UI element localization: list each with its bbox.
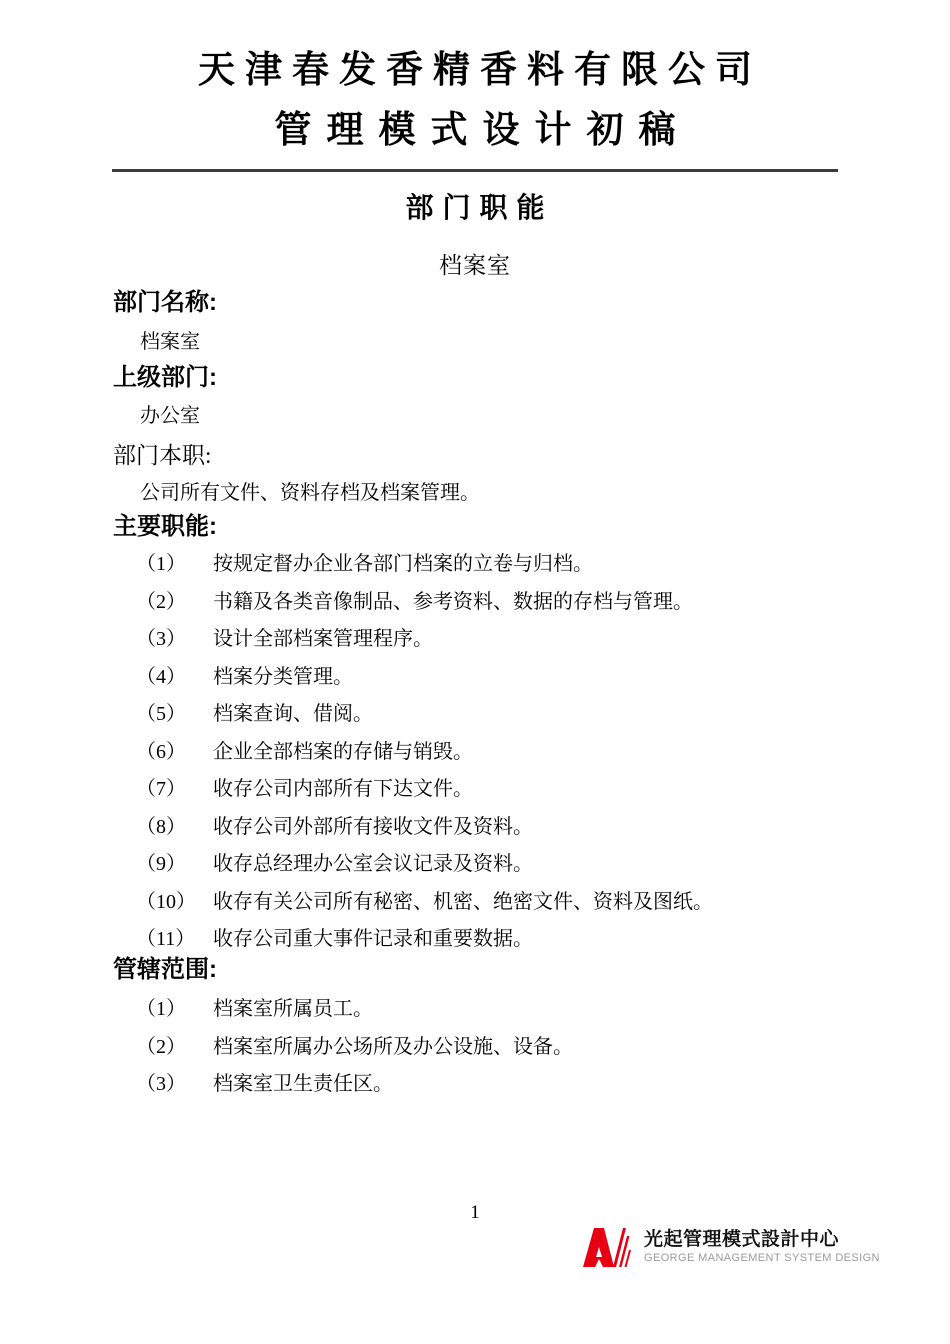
list-item-number: （1） [136,552,186,576]
duty-list-item: （7） 收存公司内部所有下达文件。 [136,777,856,815]
list-item-text: 书籍及各类音像制品、参考资料、数据的存档与管理。 [136,590,856,614]
company-logo: 光起管理模式設計中心 GEORGE MANAGEMENT SYSTEM DESI… [583,1227,880,1267]
list-item-text: 档案室所属员工。 [136,997,856,1021]
list-item-number: （3） [136,1072,186,1096]
list-item-number: （6） [136,740,186,764]
duty-list-item: （1） 按规定督办企业各部门档案的立卷与归档。 [136,552,856,590]
duty-list-item: （3） 设计全部档案管理程序。 [136,627,856,665]
duties-heading: 主要职能: [113,513,217,541]
duty-list-item: （10） 收存有关公司所有秘密、机密、绝密文件、资料及图纸。 [136,890,856,928]
list-item-text: 收存总经理办公室会议记录及资料。 [136,852,856,876]
list-item-text: 按规定督办企业各部门档案的立卷与归档。 [136,552,856,576]
duty-list-item: （5） 档案查询、借阅。 [136,702,856,740]
field-value-department-name: 档案室 [140,330,200,354]
duty-list-item: （6） 企业全部档案的存储与销毁。 [136,740,856,778]
section-title: 部门职能 [0,194,950,224]
duties-list: （1） 按规定督办企业各部门档案的立卷与归档。 （2） 书籍及各类音像制品、参考… [136,552,856,965]
list-item-number: （11） [136,927,195,951]
list-item-number: （5） [136,702,186,726]
list-item-number: （4） [136,665,186,689]
field-value-superior-department: 办公室 [140,404,200,428]
list-item-number: （8） [136,815,186,839]
duty-list-item: （4） 档案分类管理。 [136,665,856,703]
list-item-number: （7） [136,777,186,801]
list-item-text: 收存公司重大事件记录和重要数据。 [136,927,856,951]
doc-title-line1: 天津春发香精香料有限公司 [0,52,950,90]
list-item-number: （2） [136,590,186,614]
list-item-text: 收存公司内部所有下达文件。 [136,777,856,801]
department-title: 档案室 [0,252,950,278]
list-item-text: 档案分类管理。 [136,665,856,689]
scope-list-item: （2） 档案室所属办公场所及办公设施、设备。 [136,1035,856,1073]
title-rule [112,169,838,172]
list-item-text: 收存公司外部所有接收文件及资料。 [136,815,856,839]
list-item-text: 设计全部档案管理程序。 [136,627,856,651]
logo-english-name: GEORGE MANAGEMENT SYSTEM DESIGN [644,1252,880,1265]
scope-list: （1） 档案室所属员工。 （2） 档案室所属办公场所及办公设施、设备。 （3） … [136,997,856,1110]
logo-chinese-name: 光起管理模式設計中心 [644,1229,880,1251]
duty-list-item: （8） 收存公司外部所有接收文件及资料。 [136,815,856,853]
document-page: 天津春发香精香料有限公司 管理模式设计初稿 部门职能 档案室 部门名称: 档案室… [0,0,950,1344]
scope-list-item: （1） 档案室所属员工。 [136,997,856,1035]
list-item-text: 企业全部档案的存储与销毁。 [136,740,856,764]
field-label-department-duty: 部门本职: [113,442,211,470]
list-item-number: （1） [136,997,186,1021]
list-item-number: （9） [136,852,186,876]
field-label-department-name: 部门名称: [113,289,217,317]
scope-list-item: （3） 档案室卫生责任区。 [136,1072,856,1110]
list-item-number: （2） [136,1035,186,1059]
list-item-text: 档案室所属办公场所及办公设施、设备。 [136,1035,856,1059]
list-item-text: 档案查询、借阅。 [136,702,856,726]
list-item-text: 收存有关公司所有秘密、机密、绝密文件、资料及图纸。 [136,890,856,914]
page-number: 1 [0,1202,950,1224]
list-item-number: （10） [136,890,196,914]
doc-title-line2: 管理模式设计初稿 [0,112,950,150]
field-value-department-duty: 公司所有文件、资料存档及档案管理。 [140,481,480,505]
field-label-superior-department: 上级部门: [113,364,217,392]
scope-heading: 管辖范围: [113,956,217,984]
logo-text: 光起管理模式設計中心 GEORGE MANAGEMENT SYSTEM DESI… [644,1227,880,1265]
duty-list-item: （11） 收存公司重大事件记录和重要数据。 [136,927,856,965]
logo-a-icon [583,1227,631,1267]
duty-list-item: （2） 书籍及各类音像制品、参考资料、数据的存档与管理。 [136,590,856,628]
duty-list-item: （9） 收存总经理办公室会议记录及资料。 [136,852,856,890]
list-item-text: 档案室卫生责任区。 [136,1072,856,1096]
list-item-number: （3） [136,627,186,651]
